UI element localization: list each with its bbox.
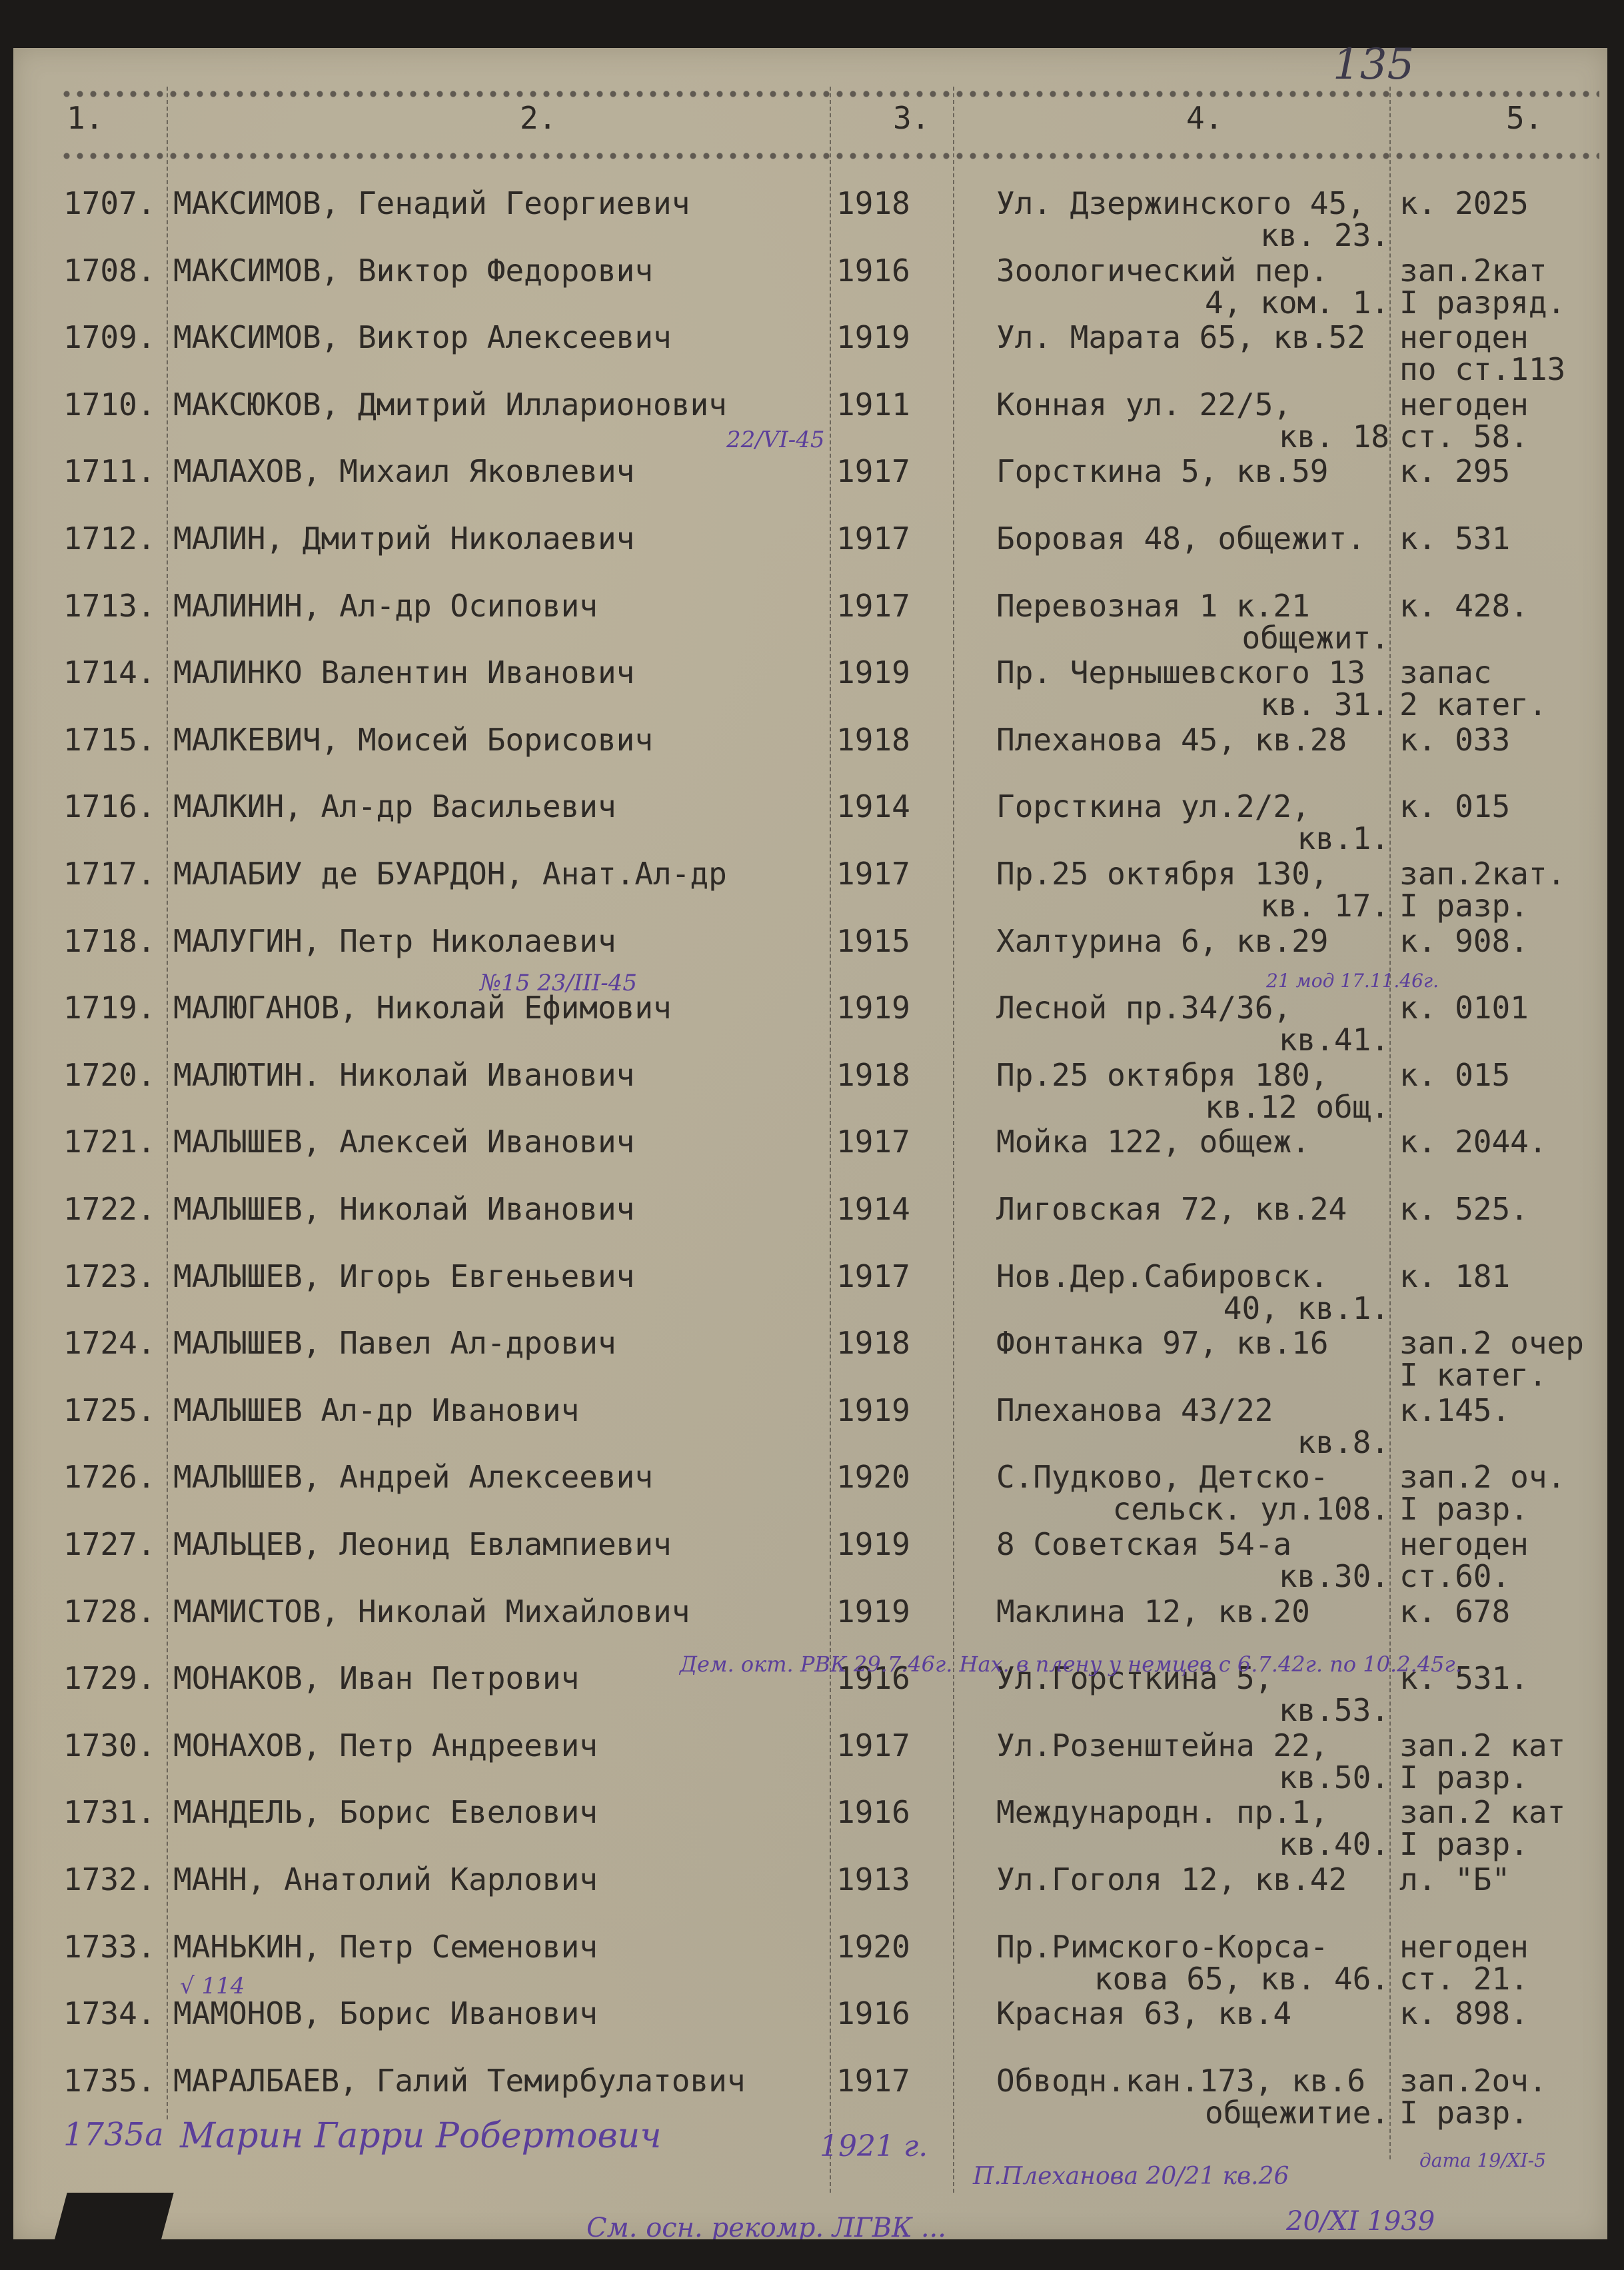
table-row: 1716.МАЛКИН, Ал-др Васильевич1914Горстки…	[0, 788, 1624, 855]
person-name: МАНДЕЛЬ, Борис Евелович	[173, 1794, 598, 1830]
birth-year: 1919	[836, 1594, 910, 1630]
person-name: МАЛЬЦЕВ, Леонид Евлампиевич	[173, 1526, 672, 1562]
military-note: зап.2оч.	[1399, 2063, 1547, 2099]
handwritten-footer-date: 20/XI 1939	[1286, 2206, 1435, 2237]
column-header-3: 3.	[893, 100, 930, 136]
birth-year: 1920	[836, 1459, 910, 1495]
military-note: к. 295	[1399, 453, 1510, 489]
table-row: 1711.МАЛАХОВ, Михаил Яковлевич1917Горстк…	[0, 453, 1624, 520]
military-note: запас	[1399, 654, 1491, 690]
entry-number: 1726.	[63, 1459, 155, 1495]
entry-number: 1719.	[63, 990, 155, 1026]
handwritten-entry-number: 1735а	[63, 2116, 164, 2153]
birth-year: 1917	[836, 856, 910, 892]
table-row: 1731.МАНДЕЛЬ, Борис Евелович1916Междунар…	[0, 1794, 1624, 1861]
birth-year: 1919	[836, 654, 910, 690]
birth-year: 1920	[836, 1929, 910, 1965]
entry-number: 1734.	[63, 1995, 155, 2031]
birth-year: 1917	[836, 1727, 910, 1763]
table-row: 1708.МАКСИМОВ, Виктор Федорович1916Зооло…	[0, 253, 1624, 319]
military-note: к. 015	[1399, 1057, 1510, 1093]
table-row: 1725.МАЛЫШЕВ Ал-др Иванович1919Плеханова…	[0, 1392, 1624, 1459]
address: Ул. Марата 65, кв.52	[996, 319, 1365, 355]
military-note: зап.2 очер	[1399, 1325, 1584, 1361]
table-row: 1713.МАЛИНИН, Ал-др Осипович1917Перевозн…	[0, 588, 1624, 654]
entry-number: 1730.	[63, 1727, 155, 1763]
entry-number: 1722.	[63, 1191, 155, 1227]
person-name: МАЛАХОВ, Михаил Яковлевич	[173, 453, 634, 489]
person-name: МОНАКОВ, Иван Петрович	[173, 1660, 579, 1696]
birth-year: 1916	[836, 1794, 910, 1830]
person-name: МАКСЮКОВ, Дмитрий Илларионович	[173, 387, 727, 423]
military-note: к. 908.	[1399, 923, 1529, 959]
person-name: МАЛКИН, Ал-др Васильевич	[173, 788, 616, 824]
military-note-line-2: ст. 58.	[1399, 419, 1529, 455]
military-note: л. "Б"	[1399, 1861, 1510, 1897]
address: Маклина 12, кв.20	[996, 1594, 1310, 1630]
military-note-line-2: I разр.	[1399, 1826, 1529, 1862]
person-name: МАКСИМОВ, Генадий Георгиевич	[173, 185, 690, 221]
birth-year: 1913	[836, 1861, 910, 1897]
person-name: МАЛЫШЕВ Ал-др Иванович	[173, 1392, 579, 1428]
entry-number: 1712.	[63, 521, 155, 557]
address-line-2: кв. 18	[996, 419, 1389, 455]
table-row: 1732.МАНН, Анатолий Карлович1913Ул.Гогол…	[0, 1861, 1624, 1928]
person-name: МАРАЛБАЕВ, Галий Темирбулатович	[173, 2063, 746, 2099]
address: Плеханова 45, кв.28	[996, 722, 1347, 758]
person-name: МАЛЫШЕВ, Павел Ал-дрович	[173, 1325, 616, 1361]
birth-year: 1917	[836, 521, 910, 557]
address: Ул.Розенштейна 22,	[996, 1727, 1329, 1763]
person-name: МАЛУГИН, Петр Николаевич	[173, 923, 616, 959]
birth-year: 1911	[836, 387, 910, 423]
handwritten-note-1719: №15 23/III-45	[480, 970, 637, 996]
person-name: МОНАХОВ, Петр Андреевич	[173, 1727, 598, 1763]
military-note-line-2: I разр.	[1399, 2095, 1529, 2131]
military-note: негоден	[1399, 319, 1529, 355]
person-name: МАЛЮТИН. Николай Иванович	[173, 1057, 634, 1093]
birth-year: 1917	[836, 1258, 910, 1294]
person-name: МАМИСТОВ, Николай Михайлович	[173, 1594, 690, 1630]
column-header-1: 1.	[67, 100, 103, 136]
birth-year: 1919	[836, 1392, 910, 1428]
table-row: 1724.МАЛЫШЕВ, Павел Ал-дрович1918Фонтанк…	[0, 1325, 1624, 1392]
address: Зоологический пер.	[996, 253, 1329, 289]
table-row: 1730.МОНАХОВ, Петр Андреевич1917Ул.Розен…	[0, 1727, 1624, 1794]
entry-number: 1731.	[63, 1794, 155, 1830]
person-name: МАНН, Анатолий Карлович	[173, 1861, 598, 1897]
address-line-2: кв. 17.	[996, 888, 1389, 924]
address-line-2: 4, ком. 1.	[996, 285, 1389, 321]
military-note: негоден	[1399, 1526, 1529, 1562]
address: Лесной пр.34/36,	[996, 990, 1291, 1026]
table-row: 1726.МАЛЫШЕВ, Андрей Алексеевич1920С.Пуд…	[0, 1459, 1624, 1526]
person-name: МАЛЫШЕВ, Игорь Евгеньевич	[173, 1258, 634, 1294]
military-note-line-2: ст.60.	[1399, 1558, 1510, 1594]
birth-year: 1918	[836, 722, 910, 758]
entry-number: 1711.	[63, 453, 155, 489]
military-note: к. 0101	[1399, 990, 1529, 1026]
table-row: 1727.МАЛЬЦЕВ, Леонид Евлампиевич19198 Со…	[0, 1526, 1624, 1593]
entry-number: 1708.	[63, 253, 155, 289]
birth-year: 1916	[836, 1995, 910, 2031]
military-note: зап.2 оч.	[1399, 1459, 1565, 1495]
entry-number: 1715.	[63, 722, 155, 758]
person-name: МАЛАБИУ де БУАРДОН, Анат.Ал-др	[173, 856, 727, 892]
address-line-2: общежит.	[996, 620, 1389, 656]
person-name: МАЛКЕВИЧ, Моисей Борисович	[173, 722, 653, 758]
address: Пр.Римского-Корса-	[996, 1929, 1329, 1965]
handwritten-entry-year: 1921 г.	[820, 2129, 928, 2163]
person-name: МАЛЫШЕВ, Андрей Алексеевич	[173, 1459, 653, 1495]
military-note: к. 2044.	[1399, 1124, 1547, 1160]
military-note-line-2: ст. 21.	[1399, 1961, 1529, 1997]
birth-year: 1914	[836, 1191, 910, 1227]
military-note: негоден	[1399, 1929, 1529, 1965]
person-name: МАЛИН, Дмитрий Николаевич	[173, 521, 634, 557]
address: Плеханова 43/22	[996, 1392, 1273, 1428]
military-note: к. 2025	[1399, 185, 1529, 221]
table-row: 1721.МАЛЫШЕВ, Алексей Иванович1917Мойка …	[0, 1124, 1624, 1190]
military-note: зап.2кат	[1399, 253, 1547, 289]
military-note-line-2: I разряд.	[1399, 285, 1565, 321]
military-note: к.145.	[1399, 1392, 1510, 1428]
entry-number: 1724.	[63, 1325, 155, 1361]
address-line-2: кв.12 общ.	[996, 1089, 1389, 1125]
torn-edge	[0, 2239, 1624, 2270]
table-row: 1719.МАЛЮГАНОВ, Николай Ефимович1919Лесн…	[0, 990, 1624, 1056]
birth-year: 1917	[836, 1124, 910, 1160]
table-row: 1720.МАЛЮТИН. Николай Иванович1918Пр.25 …	[0, 1057, 1624, 1124]
address: Мойка 122, общеж.	[996, 1124, 1310, 1160]
birth-year: 1914	[836, 788, 910, 824]
birth-year: 1916	[836, 253, 910, 289]
address-line-2: кв.50.	[996, 1759, 1389, 1795]
address: 8 Советская 54-а	[996, 1526, 1291, 1562]
birth-year: 1919	[836, 319, 910, 355]
entry-number: 1728.	[63, 1594, 155, 1630]
table-row: 1723.МАЛЫШЕВ, Игорь Евгеньевич1917Нов.Де…	[0, 1258, 1624, 1325]
birth-year: 1918	[836, 185, 910, 221]
handwritten-entry-address: П.Плеханова 20/21 кв.26	[973, 2163, 1289, 2190]
entry-number: 1709.	[63, 319, 155, 355]
address: Красная 63, кв.4	[996, 1995, 1291, 2031]
torn-edge	[53, 2193, 173, 2246]
address: Перевозная 1 к.21	[996, 588, 1310, 624]
person-name: МАЛИНКО Валентин Иванович	[173, 654, 634, 690]
address: Фонтанка 97, кв.16	[996, 1325, 1329, 1361]
birth-year: 1919	[836, 990, 910, 1026]
birth-year: 1918	[836, 1325, 910, 1361]
military-note-line-2: I разр.	[1399, 1759, 1529, 1795]
address-line-2: кв.53.	[996, 1692, 1389, 1728]
person-name: МАЛИНИН, Ал-др Осипович	[173, 588, 598, 624]
address: Ул.Гоголя 12, кв.42	[996, 1861, 1347, 1897]
address: С.Пудково, Детско-	[996, 1459, 1329, 1495]
entry-number: 1718.	[63, 923, 155, 959]
military-note: зап.2 кат	[1399, 1794, 1565, 1830]
table-row: 1734.МАМОНОВ, Борис Иванович1916Красная …	[0, 1995, 1624, 2062]
address-line-2: кв.40.	[996, 1826, 1389, 1862]
birth-year: 1917	[836, 588, 910, 624]
person-name: МАМОНОВ, Борис Иванович	[173, 1995, 598, 2031]
address: Ул. Дзержинского 45,	[996, 185, 1365, 221]
military-note: к. 531	[1399, 521, 1510, 557]
entry-number: 1721.	[63, 1124, 155, 1160]
military-note: к. 033	[1399, 722, 1510, 758]
address: Боровая 48, общежит.	[996, 521, 1365, 557]
entry-number: 1735.	[63, 2063, 155, 2099]
address-line-2: общежитие.	[996, 2095, 1389, 2131]
address-line-2: кв. 31.	[996, 686, 1389, 722]
address: Горсткина 5, кв.59	[996, 453, 1329, 489]
page-number: 135	[1333, 40, 1414, 89]
military-note: зап.2 кат	[1399, 1727, 1565, 1763]
address-line-2: кв.8.	[996, 1424, 1389, 1460]
entry-number: 1720.	[63, 1057, 155, 1093]
entry-number: 1727.	[63, 1526, 155, 1562]
birth-year: 1917	[836, 453, 910, 489]
address: Горсткина ул.2/2,	[996, 788, 1310, 824]
entry-number: 1733.	[63, 1929, 155, 1965]
person-name: МАЛЫШЕВ, Алексей Иванович	[173, 1124, 634, 1160]
birth-year: 1918	[836, 1057, 910, 1093]
column-header-5: 5.	[1506, 100, 1543, 136]
military-note: к. 181	[1399, 1258, 1510, 1294]
entry-number: 1713.	[63, 588, 155, 624]
military-note-line-2: I разр.	[1399, 888, 1529, 924]
entry-number: 1717.	[63, 856, 155, 892]
entry-number: 1716.	[63, 788, 155, 824]
address-line-2: сельск. ул.108.	[996, 1491, 1389, 1527]
military-note-line-2: по ст.113	[1399, 351, 1565, 387]
military-note: негоден	[1399, 387, 1529, 423]
address-line-2: кв.41.	[996, 1022, 1389, 1058]
address-line-2: 40, кв.1.	[996, 1290, 1389, 1326]
entry-number: 1725.	[63, 1392, 155, 1428]
military-note-line-2: 2 катег.	[1399, 686, 1547, 722]
address-line-2: кова 65, кв. 46.	[996, 1961, 1389, 1997]
handwritten-check-1734: √ 114	[180, 1973, 245, 1999]
handwritten-entry-name: Марин Гарри Робертович	[180, 2116, 662, 2156]
military-note: к. 898.	[1399, 1995, 1529, 2031]
address-line-2: кв.1.	[996, 820, 1389, 856]
table-row: 1707.МАКСИМОВ, Генадий Георгиевич1918Ул.…	[0, 185, 1624, 252]
address: Лиговская 72, кв.24	[996, 1191, 1347, 1227]
address-line-2: кв. 23.	[996, 217, 1389, 253]
table-row: 1722.МАЛЫШЕВ, Николай Иванович1914Лиговс…	[0, 1191, 1624, 1258]
entry-number: 1723.	[63, 1258, 155, 1294]
table-row: 1717.МАЛАБИУ де БУАРДОН, Анат.Ал-др1917П…	[0, 856, 1624, 922]
person-name: МАКСИМОВ, Виктор Алексеевич	[173, 319, 672, 355]
address-line-2: кв.30.	[996, 1558, 1389, 1594]
handwritten-address-note-1719: 21 мод 17.11.46г.	[1266, 970, 1439, 992]
military-note-line-2: I катег.	[1399, 1357, 1547, 1393]
military-note: к. 015	[1399, 788, 1510, 824]
address: Нов.Дер.Сабировск.	[996, 1258, 1329, 1294]
address: Пр. Чернышевского 13	[996, 654, 1365, 690]
entry-number: 1732.	[63, 1861, 155, 1897]
military-note-line-2: I разр.	[1399, 1491, 1529, 1527]
handwritten-entry-note: дата 19/XI-5	[1419, 2149, 1546, 2171]
address: Пр.25 октября 180,	[996, 1057, 1329, 1093]
column-header-4: 4.	[1186, 100, 1223, 136]
address: Международн. пр.1,	[996, 1794, 1329, 1830]
military-note: к. 428.	[1399, 588, 1529, 624]
table-row: 1728.МАМИСТОВ, Николай Михайлович1919Мак…	[0, 1594, 1624, 1660]
table-row: 1714.МАЛИНКО Валентин Иванович1919Пр. Че…	[0, 654, 1624, 721]
military-note: к. 678	[1399, 1594, 1510, 1630]
table-row: 1715.МАЛКЕВИЧ, Моисей Борисович1918Плеха…	[0, 722, 1624, 788]
birth-year: 1919	[836, 1526, 910, 1562]
military-note: к. 525.	[1399, 1191, 1529, 1227]
person-name: МАКСИМОВ, Виктор Федорович	[173, 253, 653, 289]
handwritten-note-1729: Дем. окт. РВК 29.7.46г. Нах. в плену у н…	[680, 1652, 1462, 1677]
military-note: зап.2кат.	[1399, 856, 1565, 892]
table-row: 1712.МАЛИН, Дмитрий Николаевич1917Борова…	[0, 521, 1624, 587]
birth-year: 1915	[836, 923, 910, 959]
person-name: МАНЬКИН, Петр Семенович	[173, 1929, 598, 1965]
entry-number: 1710.	[63, 387, 155, 423]
person-name: МАЛЫШЕВ, Николай Иванович	[173, 1191, 634, 1227]
entry-number: 1729.	[63, 1660, 155, 1696]
entry-number: 1714.	[63, 654, 155, 690]
address: Пр.25 октября 130,	[996, 856, 1329, 892]
address: Конная ул. 22/5,	[996, 387, 1291, 423]
address: Обводн.кан.173, кв.6	[996, 2063, 1365, 2099]
birth-year: 1917	[836, 2063, 910, 2099]
table-row: 1709.МАКСИМОВ, Виктор Алексеевич1919Ул. …	[0, 319, 1624, 386]
entry-number: 1707.	[63, 185, 155, 221]
address: Халтурина 6, кв.29	[996, 923, 1329, 959]
column-header-2: 2.	[520, 100, 556, 136]
handwritten-date-1711: 22/VI-45	[726, 427, 824, 453]
